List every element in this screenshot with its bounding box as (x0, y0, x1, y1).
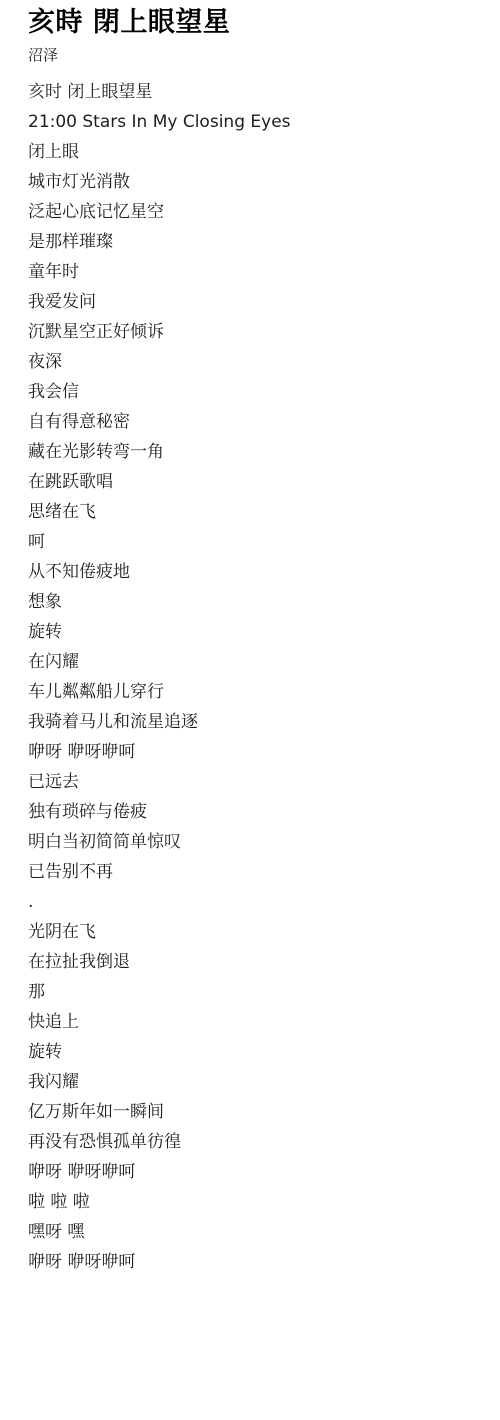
lyrics-page: 亥時 閉上眼望星 沼泽 亥时 闭上眼望星21:00 Stars In My Cl… (0, 0, 500, 1420)
lyric-line: 啦 啦 啦 (28, 1187, 480, 1217)
lyric-line: 呵 (28, 527, 480, 557)
lyric-line: 我骑着马儿和流星追逐 (28, 707, 480, 737)
lyric-line: . (28, 887, 480, 917)
lyric-line: 闭上眼 (28, 137, 480, 167)
lyric-line: 城市灯光消散 (28, 167, 480, 197)
lyric-line: 泛起心底记忆星空 (28, 197, 480, 227)
lyric-line: 藏在光影转弯一角 (28, 437, 480, 467)
lyric-line: 已告别不再 (28, 857, 480, 887)
lyric-line: 亥时 闭上眼望星 (28, 77, 480, 107)
lyric-line: 我会信 (28, 377, 480, 407)
lyric-line: 咿呀 咿呀咿呵 (28, 737, 480, 767)
lyric-line: 车儿粼粼船儿穿行 (28, 677, 480, 707)
lyric-line: 嘿呀 嘿 (28, 1217, 480, 1247)
page-title: 亥時 閉上眼望星 (28, 6, 480, 40)
lyric-line: 是那样璀璨 (28, 227, 480, 257)
lyric-line: 想象 (28, 587, 480, 617)
lyric-line: 独有琐碎与倦疲 (28, 797, 480, 827)
lyric-line: 亿万斯年如一瞬间 (28, 1097, 480, 1127)
lyric-line: 沉默星空正好倾诉 (28, 317, 480, 347)
lyric-line: 在跳跃歌唱 (28, 467, 480, 497)
lyric-line: 光阴在飞 (28, 917, 480, 947)
lyric-line: 从不知倦疲地 (28, 557, 480, 587)
lyrics-block: 亥时 闭上眼望星21:00 Stars In My Closing Eyes闭上… (28, 77, 480, 1277)
lyric-line: 再没有恐惧孤单彷徨 (28, 1127, 480, 1157)
lyric-line: 旋转 (28, 1037, 480, 1067)
lyric-line: 我闪耀 (28, 1067, 480, 1097)
lyric-line: 思绪在飞 (28, 497, 480, 527)
lyric-line: 已远去 (28, 767, 480, 797)
lyric-line: 夜深 (28, 347, 480, 377)
lyric-line: 快追上 (28, 1007, 480, 1037)
lyric-line: 在拉扯我倒退 (28, 947, 480, 977)
lyric-line: 咿呀 咿呀咿呵 (28, 1247, 480, 1277)
lyric-line: 童年时 (28, 257, 480, 287)
lyric-line: 在闪耀 (28, 647, 480, 677)
lyric-line: 我爱发问 (28, 287, 480, 317)
lyric-line: 自有得意秘密 (28, 407, 480, 437)
lyric-line: 旋转 (28, 617, 480, 647)
lyric-line: 那 (28, 977, 480, 1007)
lyric-line: 明白当初简简单惊叹 (28, 827, 480, 857)
lyric-line: 咿呀 咿呀咿呵 (28, 1157, 480, 1187)
lyric-line: 21:00 Stars In My Closing Eyes (28, 107, 480, 137)
artist-name: 沼泽 (28, 46, 480, 65)
